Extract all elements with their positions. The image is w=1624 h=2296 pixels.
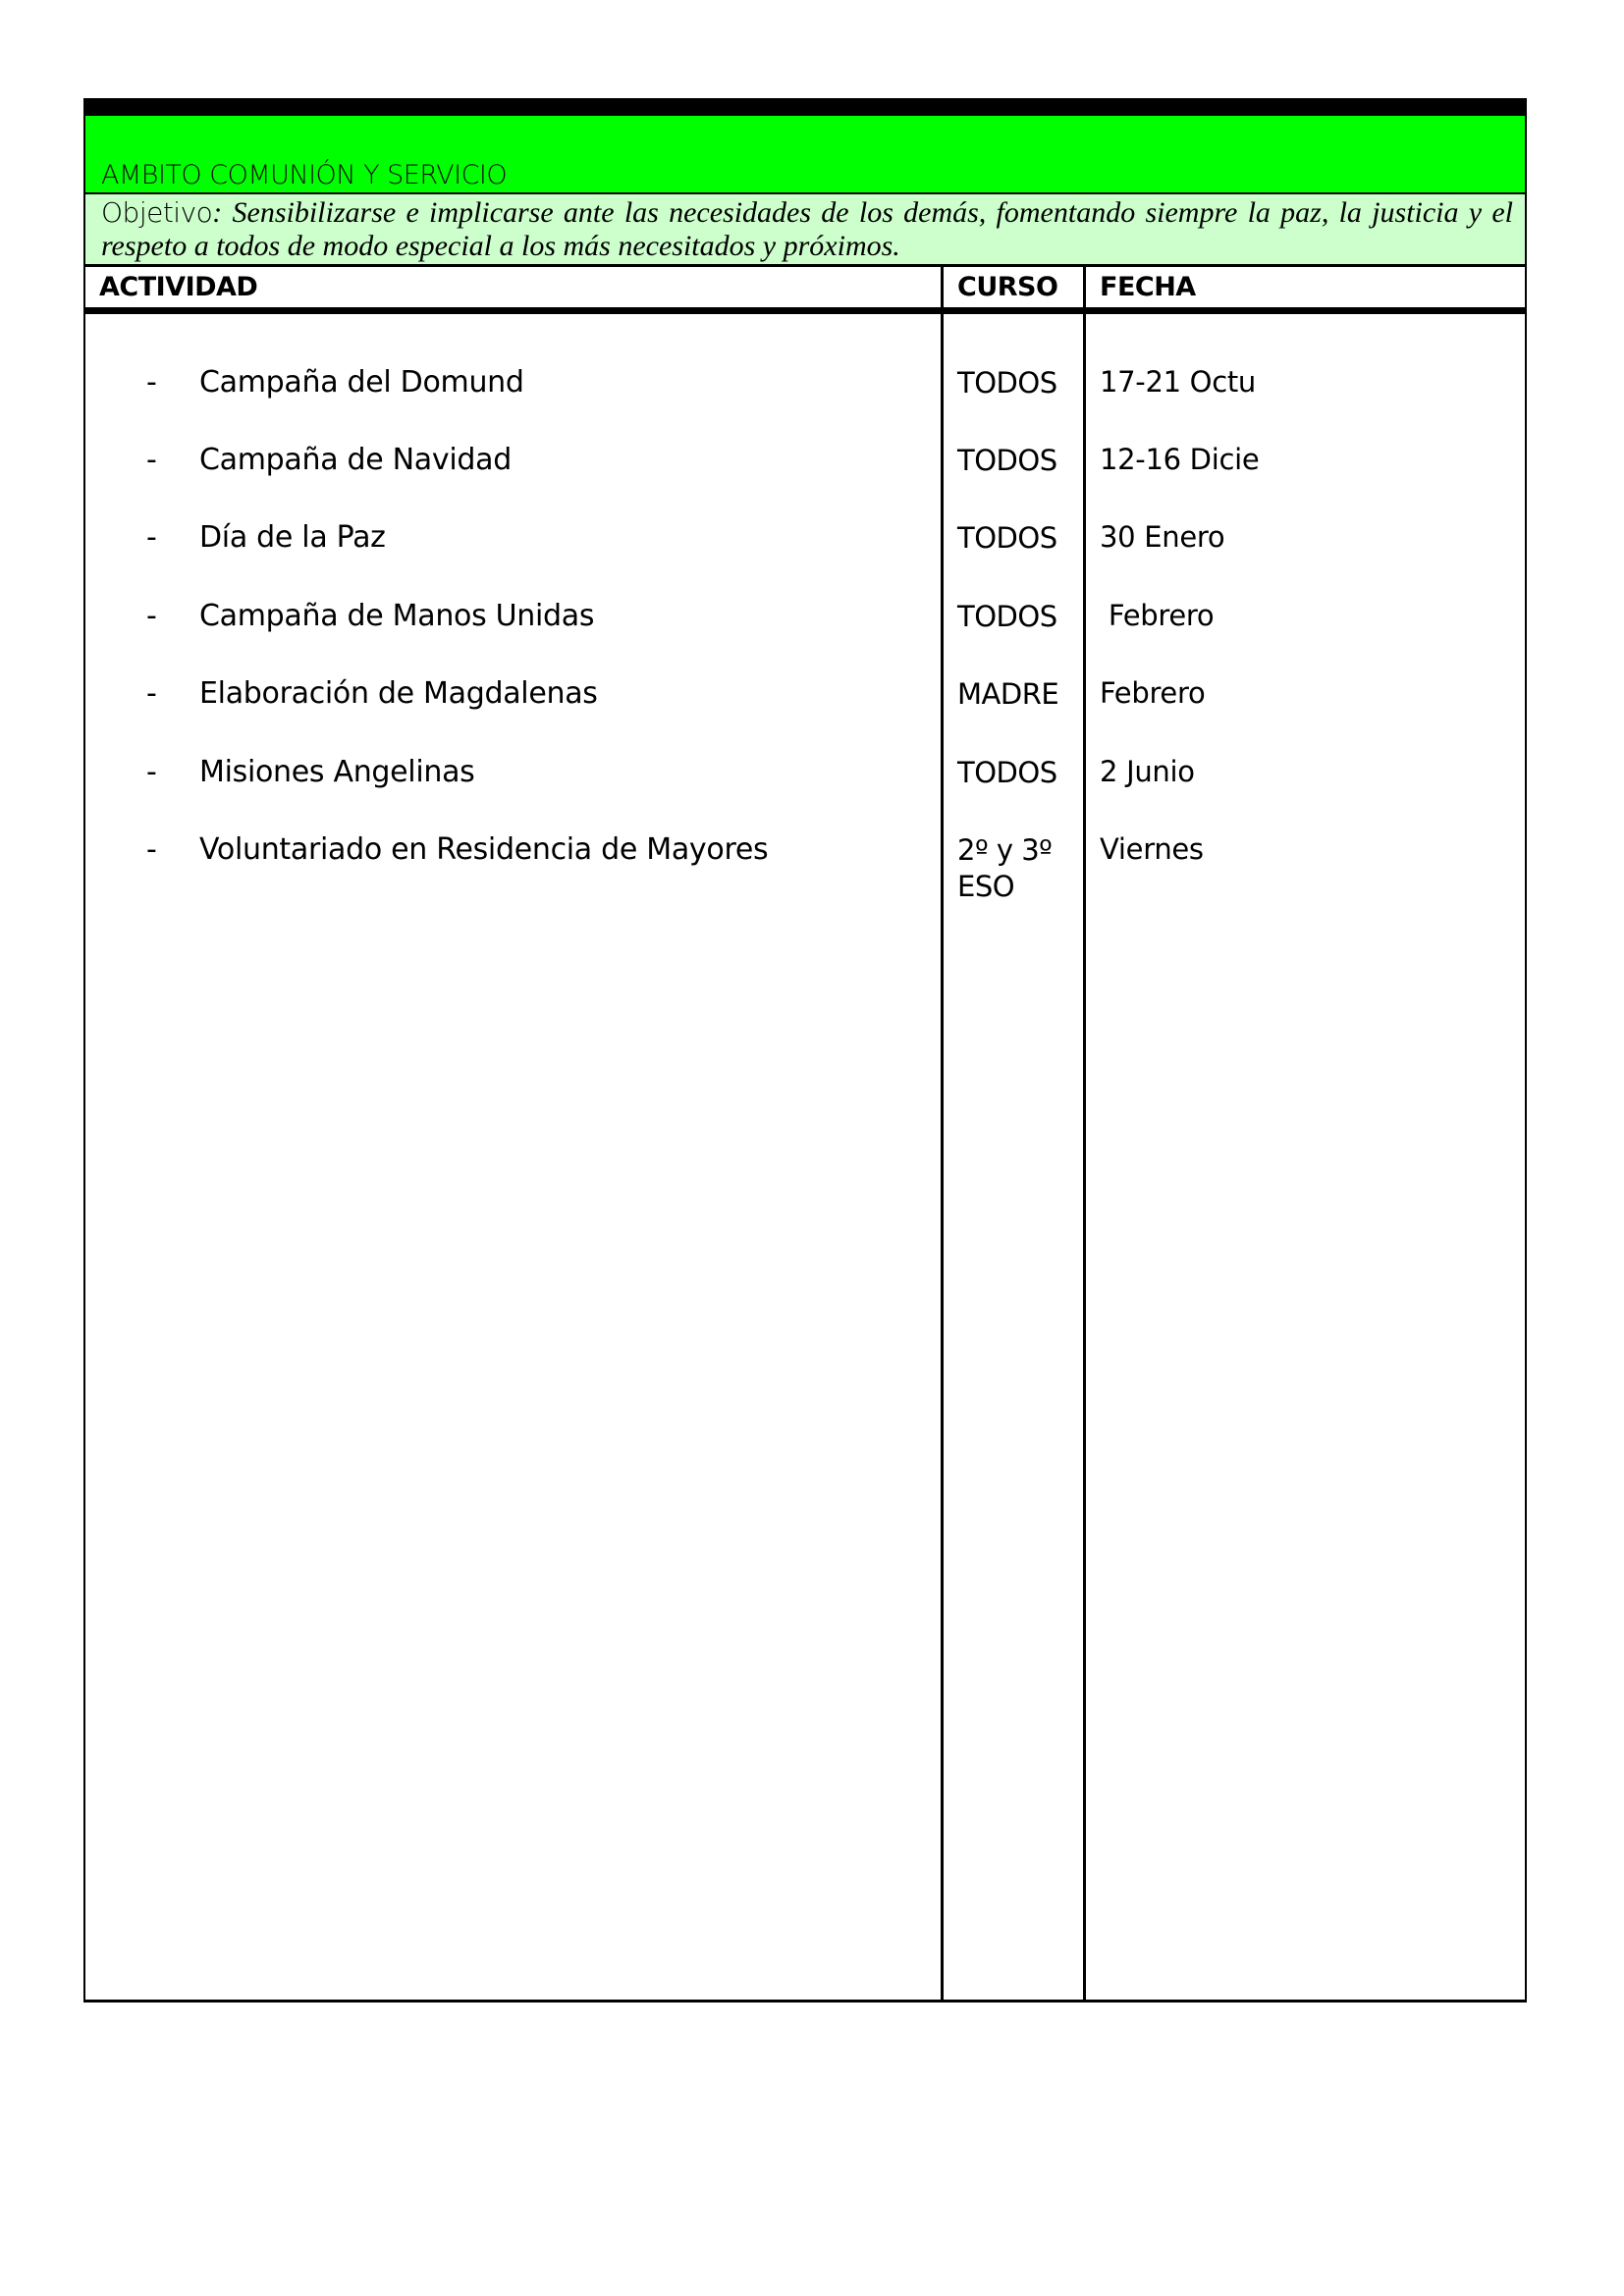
activity-cell: Voluntariado en Residencia de Mayores bbox=[199, 832, 768, 867]
fecha-cell: 12-16 Dicie bbox=[1100, 443, 1259, 476]
top-border-bar bbox=[83, 98, 1527, 116]
activity-cell: Campaña del Domund bbox=[199, 365, 524, 400]
curso-cell: TODOS bbox=[957, 755, 1075, 791]
activity-cell: Campaña de Navidad bbox=[199, 443, 512, 477]
bullet-dash: - bbox=[146, 443, 157, 477]
curso-cell: TODOS bbox=[957, 520, 1075, 557]
table-row: - Campaña de Manos Unidas TODOS Febrero bbox=[85, 599, 1525, 658]
objective-row: Objetivo: Sensibilizarse e implicarse an… bbox=[85, 194, 1525, 267]
bullet-dash: - bbox=[146, 676, 157, 711]
table-row: - Voluntariado en Residencia de Mayores … bbox=[85, 832, 1525, 891]
curso-cell: TODOS bbox=[957, 599, 1075, 635]
fecha-cell: Febrero bbox=[1100, 676, 1205, 710]
activities-table: AMBITO COMUNIÓN Y SERVICIO Objetivo: Sen… bbox=[83, 98, 1527, 2002]
bullet-dash: - bbox=[146, 755, 157, 789]
activity-cell: Día de la Paz bbox=[199, 520, 386, 555]
activity-cell: Misiones Angelinas bbox=[199, 755, 475, 789]
bullet-dash: - bbox=[146, 520, 157, 555]
curso-cell: MADRE bbox=[957, 676, 1075, 713]
curso-cell: TODOS bbox=[957, 365, 1075, 401]
fecha-cell: 30 Enero bbox=[1100, 520, 1224, 554]
activity-cell: Campaña de Manos Unidas bbox=[199, 599, 594, 633]
table-row: - Campaña de Navidad TODOS 12-16 Dicie bbox=[85, 443, 1525, 502]
bullet-dash: - bbox=[146, 599, 157, 633]
objective-label: Objetivo bbox=[101, 196, 212, 229]
section-title: AMBITO COMUNIÓN Y SERVICIO bbox=[101, 160, 507, 190]
activity-cell: Elaboración de Magdalenas bbox=[199, 676, 598, 711]
curso-cell: 2º y 3º ESO bbox=[957, 832, 1075, 905]
fecha-cell: 17-21 Octu bbox=[1100, 365, 1256, 399]
bullet-dash: - bbox=[146, 832, 157, 867]
header-row: ACTIVIDAD CURSO FECHA bbox=[85, 267, 1525, 314]
header-curso: CURSO bbox=[957, 267, 1057, 307]
bullet-dash: - bbox=[146, 365, 157, 400]
header-fecha: FECHA bbox=[1100, 267, 1196, 307]
fecha-cell: Febrero bbox=[1100, 599, 1214, 632]
table-row: - Elaboración de Magdalenas MADRE Febrer… bbox=[85, 676, 1525, 735]
objective-text: : Sensibilizarse e implicarse ante las n… bbox=[101, 196, 1513, 262]
fecha-cell: 2 Junio bbox=[1100, 755, 1195, 788]
header-actividad: ACTIVIDAD bbox=[99, 267, 257, 307]
table-row: - Misiones Angelinas TODOS 2 Junio bbox=[85, 755, 1525, 814]
curso-cell: TODOS bbox=[957, 443, 1075, 479]
table-row: - Campaña del Domund TODOS 17-21 Octu bbox=[85, 365, 1525, 424]
fecha-cell: Viernes bbox=[1100, 832, 1204, 866]
section-band: AMBITO COMUNIÓN Y SERVICIO bbox=[85, 116, 1525, 194]
table-row: - Día de la Paz TODOS 30 Enero bbox=[85, 520, 1525, 579]
